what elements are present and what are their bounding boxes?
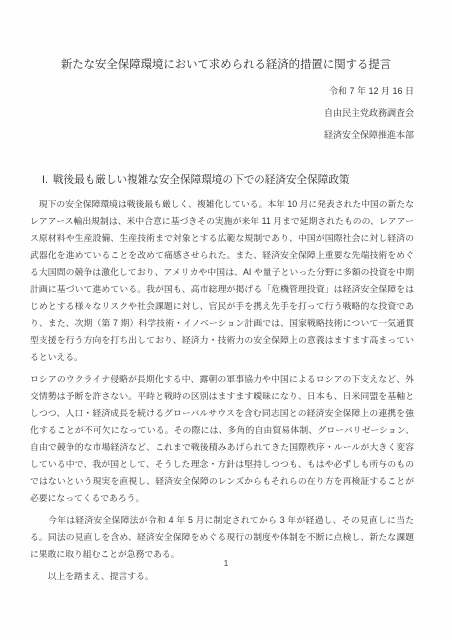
document-body: 現下の安全保障環境は戦後最も厳しく、複雑化している。本年 10 月に発表された中… <box>30 196 414 585</box>
organization-department: 経済安全保障推進本部 <box>324 124 414 146</box>
organization-name: 自由民主党政務調査会 <box>324 102 414 124</box>
byline-block: 令和 7 年 12 月 16 日 自由民主党政務調査会 経済安全保障推進本部 <box>324 80 414 146</box>
section-title: 戦後最も厳しい複雑な安全保障環境の下での経済安全保障政策 <box>53 174 350 186</box>
section-number: I. <box>42 174 48 186</box>
paragraph-1: 現下の安全保障環境は戦後最も厳しく、複雑化している。本年 10 月に発表された中… <box>30 196 414 366</box>
section-heading: I.戦後最も厳しい複雑な安全保障環境の下での経済安全保障政策 <box>42 172 422 187</box>
document-title: 新たな安全保障環境において求められる経済的措置に関する提言 <box>0 56 452 72</box>
paragraph-3: 今年は経済安全保障法が令和 4 年 5 月に制定されてから 3 年が経過し、その… <box>30 512 414 563</box>
page-number: 1 <box>0 558 452 568</box>
document-page: 新たな安全保障環境において求められる経済的措置に関する提言 令和 7 年 12 … <box>0 0 452 640</box>
document-date: 令和 7 年 12 月 16 日 <box>324 80 414 102</box>
paragraph-2: ロシアのウクライナ侵略が長期化する中、露朝の軍事協力や中国によるロシアの下支えな… <box>30 371 414 507</box>
paragraph-4-closing: 以上を踏まえ、提言する。 <box>30 568 414 585</box>
